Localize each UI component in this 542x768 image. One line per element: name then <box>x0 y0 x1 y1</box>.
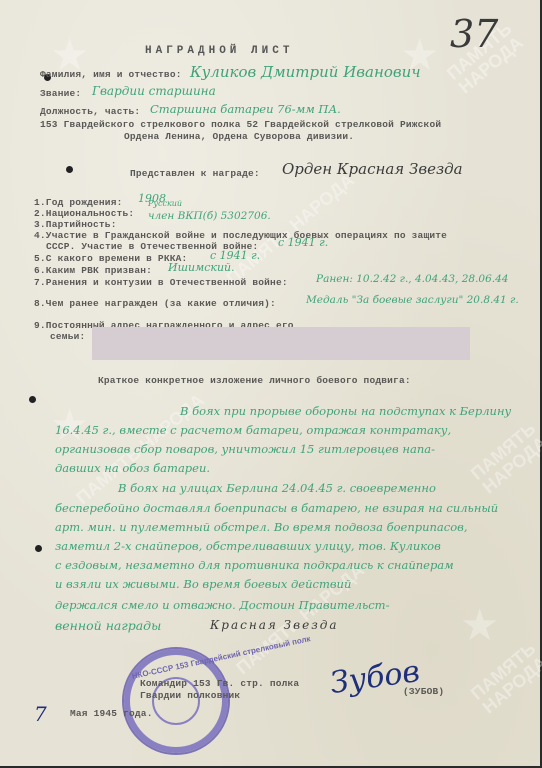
award-value: Орден Красная Звезда <box>282 160 463 178</box>
narrative-line: держался смело и отважно. Достоин Правит… <box>55 598 389 612</box>
punch-hole <box>66 166 73 173</box>
date-month-year: Мая 1945 года. <box>70 708 153 719</box>
document-title: НАГРАДНОЙ ЛИСТ <box>145 45 293 57</box>
sheet-number: 37 <box>450 12 498 56</box>
narrative-line: организовав сбор поваров, уничтожил 15 г… <box>55 442 435 456</box>
unit-line-2: Ордена Ленина, Ордена Суворова дивизии. <box>124 131 354 142</box>
signatory-title-line-1: Командир 153 Гв. стр. полка <box>140 678 299 689</box>
position-label: Должность, часть: <box>40 106 140 117</box>
item-patriotic-war-value: с 1941 г. <box>278 236 328 249</box>
narrative-line: давших на обоз батареи. <box>55 461 210 475</box>
watermark-star-icon: ★ <box>460 600 499 654</box>
official-stamp: НКО-СССР 153 Гвардейский стрелковый полк <box>122 647 230 755</box>
name-value: Куликов Дмитрий Иванович <box>190 63 421 81</box>
item-rvk-value: Ишимский. <box>168 261 235 274</box>
date-day: 7 <box>34 702 47 726</box>
feat-heading: Краткое конкретное изложение личного бое… <box>98 375 411 386</box>
item-wounds-label: 7.Ранения и контузии в Отечественной вой… <box>34 277 288 288</box>
narrative-award-name: Красная Звезда <box>210 618 339 632</box>
redacted-address-block <box>92 327 470 360</box>
item-prior-awards-label: 8.Чем ранее награжден (за какие отличия)… <box>34 298 276 309</box>
item-family-label: семьи: <box>50 331 85 342</box>
award-sheet-page: ★ ★ ★ ★ ПАМЯТЬ НАРОДА ПАМЯТЬ НАРОДА ПАМЯ… <box>0 0 542 768</box>
item-rkka-label: 5.С какого времени в РККА: <box>34 253 187 264</box>
item-wounds-value: Ранен: 10.2.42 г., 4.04.43, 28.06.44 <box>316 273 509 285</box>
rank-value: Гвардии старшина <box>92 84 216 98</box>
punch-hole <box>35 545 42 552</box>
narrative-line: и взяли их живыми. Во время боевых дейст… <box>55 577 351 591</box>
narrative-line: арт. мин. и пулеметный обстрел. Во время… <box>55 520 467 534</box>
item-nationality-value: Русский <box>148 199 182 208</box>
rank-label: Звание: <box>40 88 81 99</box>
narrative-line: бесперебойно доставлял боеприпасы в бата… <box>55 501 498 515</box>
position-value: Старшина батареи 76-мм ПА. <box>150 102 341 116</box>
narrative-line: венной награды <box>55 618 161 633</box>
narrative-line: В боях на улицах Берлина 24.04.45 г. сво… <box>118 481 436 495</box>
narrative-line: с ездовым, незаметно для противника подк… <box>55 558 454 572</box>
item-nationality-label: 2.Национальность: <box>34 208 134 219</box>
signatory-title-line-2: Гвардии полковник <box>140 690 240 701</box>
signatory-name: (ЗУБОВ) <box>403 686 444 697</box>
watermark: ПАМЯТЬ НАРОДА <box>223 171 357 288</box>
item-party-label: 3.Партийность: <box>34 219 117 230</box>
item-rvk-label: 6.Каким РВК призван: <box>34 265 152 276</box>
narrative-line: 16.4.45 г., вместе с расчетом батареи, о… <box>55 423 451 437</box>
narrative-line: заметил 2-х снайперов, обстреливавших ул… <box>55 539 441 553</box>
punch-hole <box>29 396 36 403</box>
unit-line-1: 153 Гвардейского стрелкового полка 52 Гв… <box>40 119 441 130</box>
award-label: Представлен к награде: <box>130 168 260 179</box>
narrative-line: В боях при прорыве обороны на подступах … <box>180 404 511 418</box>
item-civil-war-label: 4.Участие в Гражданской войне и последую… <box>34 230 447 241</box>
item-birth-year-label: 1.Год рождения: <box>34 197 123 208</box>
name-label: Фамилия, имя и отчество: <box>40 69 182 80</box>
item-party-value: член ВКП(б) 5302706. <box>148 210 271 222</box>
watermark: ПАМЯТЬ НАРОДА <box>468 419 542 497</box>
stamp-text: НКО-СССР 153 Гвардейский стрелковый полк <box>131 634 311 681</box>
item-prior-awards-value: Медаль "За боевые заслуги" 20.8.41 г. <box>306 294 519 306</box>
